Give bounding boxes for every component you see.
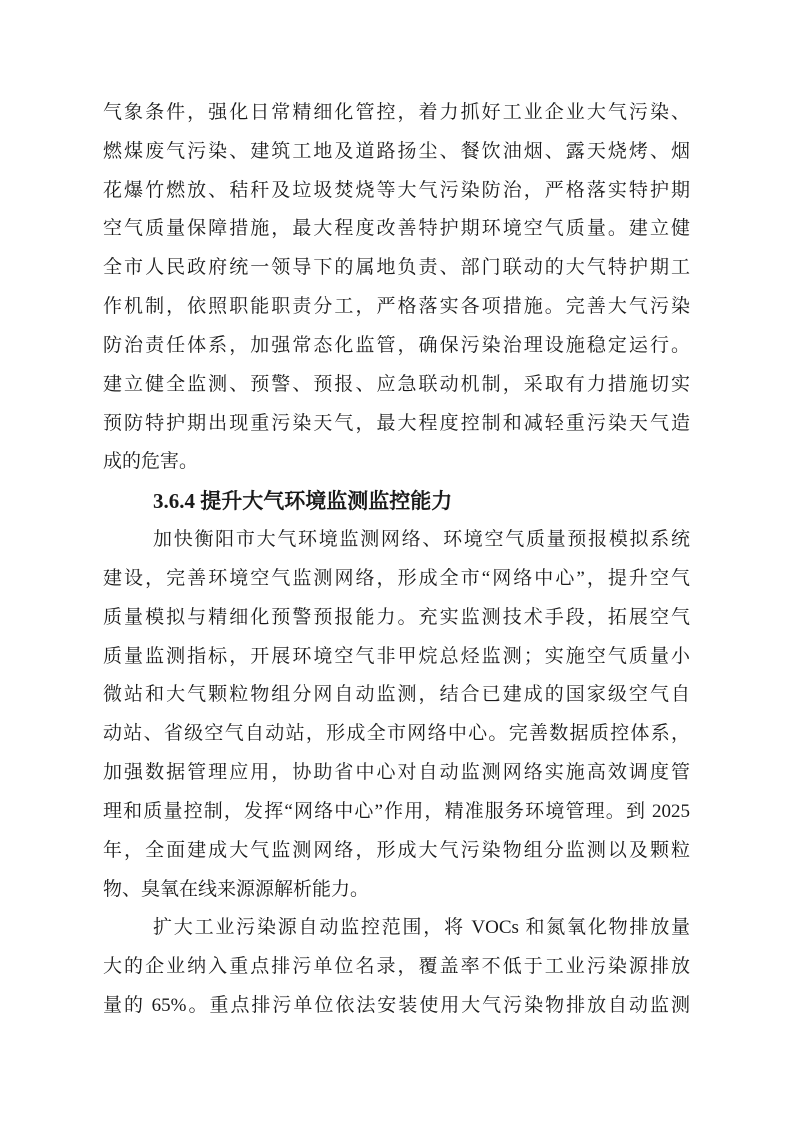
para2-line-8: 理和质量控制，发挥“网络中心”作用，精准服务环境管理。到 2025	[103, 793, 690, 832]
page-content: 气象条件，强化日常精细化管控，着力抓好工业企业大气污染、 燃煤废气污染、建筑工地…	[103, 94, 690, 1026]
para1-line-2: 燃煤废气污染、建筑工地及道路扬尘、餐饮油烟、露天烧烤、烟	[103, 133, 690, 172]
para1-line-6: 作机制，依照职能职责分工，严格落实各项措施。完善大气污染	[103, 288, 690, 327]
para1-line-1: 气象条件，强化日常精细化管控，着力抓好工业企业大气污染、	[103, 94, 690, 133]
para1-line-10: 成的危害。	[103, 443, 690, 482]
para1-line-4: 空气质量保障措施，最大程度改善特护期环境空气质量。建立健	[103, 210, 690, 249]
para1-line-7: 防治责任体系，加强常态化监管，确保污染治理设施稳定运行。	[103, 327, 690, 366]
para2-line-4: 质量监测指标，开展环境空气非甲烷总烃监测；实施空气质量小	[103, 638, 690, 677]
para2-line-5: 微站和大气颗粒物组分网自动监测，结合已建成的国家级空气自	[103, 676, 690, 715]
para2-line-6: 动站、省级空气自动站，形成全市网络中心。完善数据质控体系，	[103, 715, 690, 754]
para3-line-2: 大的企业纳入重点排污单位名录，覆盖率不低于工业污染源排放	[103, 948, 690, 987]
para1-line-9: 预防特护期出现重污染天气，最大程度控制和减轻重污染天气造	[103, 405, 690, 444]
para3-line-3: 量的 65%。重点排污单位依法安装使用大气污染物排放自动监测	[103, 987, 690, 1026]
para2-line-10: 物、臭氧在线来源源解析能力。	[103, 871, 690, 910]
document-page: 气象条件，强化日常精细化管控，着力抓好工业企业大气污染、 燃煤废气污染、建筑工地…	[0, 0, 792, 1125]
para1-line-8: 建立健全监测、预警、预报、应急联动机制，采取有力措施切实	[103, 366, 690, 405]
para3-line-1: 扩大工业污染源自动监控范围，将 VOCs 和氮氧化物排放量	[103, 909, 690, 948]
para1-line-5: 全市人民政府统一领导下的属地负责、部门联动的大气特护期工	[103, 249, 690, 288]
para2-line-2: 建设，完善环境空气监测网络，形成全市“网络中心”，提升空气	[103, 560, 690, 599]
para1-line-3: 花爆竹燃放、秸秆及垃圾焚烧等大气污染防治，严格落实特护期	[103, 172, 690, 211]
para2-line-7: 加强数据管理应用，协助省中心对自动监测网络实施高效调度管	[103, 754, 690, 793]
para2-line-1: 加快衡阳市大气环境监测网络、环境空气质量预报模拟系统	[103, 521, 690, 560]
para2-line-3: 质量模拟与精细化预警预报能力。充实监测技术手段，拓展空气	[103, 599, 690, 638]
section-heading: 3.6.4 提升大气环境监测监控能力	[103, 482, 690, 521]
para2-line-9: 年，全面建成大气监测网络，形成大气污染物组分监测以及颗粒	[103, 832, 690, 871]
